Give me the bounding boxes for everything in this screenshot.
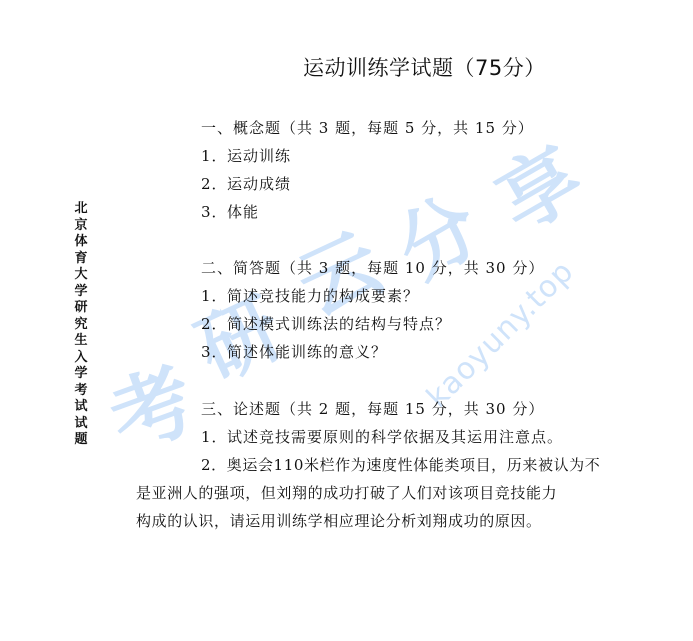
exam-page: 考 研 云 分 享 kaoyuny.top 运动训练学试题（75分） 北京体育大… bbox=[0, 0, 693, 641]
question-continuation: 构成的认识，请运用训练学相应理论分析刘翔成功的原因。 bbox=[136, 510, 542, 531]
question-text: 运动成绩 bbox=[227, 175, 291, 193]
exam-title: 运动训练学试题（75分） bbox=[303, 52, 546, 82]
section-heading: 二、简答题（共 3 题，每题 10 分，共 30 分） bbox=[201, 257, 544, 278]
question-text: 简述模式训练法的结构与特点？ bbox=[227, 315, 451, 333]
question-number: 2． bbox=[201, 456, 227, 474]
question-text: 体能 bbox=[227, 203, 259, 221]
side-label: 北京体育大学研究生入学考试试题 bbox=[73, 201, 89, 449]
question-number: 3． bbox=[201, 341, 227, 362]
section-heading: 三、论述题（共 2 题，每题 15 分，共 30 分） bbox=[201, 398, 544, 419]
section-heading: 一、概念题（共 3 题，每题 5 分，共 15 分） bbox=[201, 117, 534, 138]
question-text: 运动训练 bbox=[227, 147, 291, 165]
question-number: 1． bbox=[201, 285, 227, 306]
question-number: 1． bbox=[201, 145, 227, 166]
question-item: 3．简述体能训练的意义？ bbox=[201, 341, 387, 362]
question-number: 1． bbox=[201, 426, 227, 447]
question-item: 2．运动成绩 bbox=[201, 173, 291, 194]
question-item: 1．试述竞技需要原则的科学依据及其运用注意点。 bbox=[201, 426, 563, 447]
question-number: 3． bbox=[201, 201, 227, 222]
question-text: 简述体能训练的意义？ bbox=[227, 343, 387, 361]
question-text: 奥运会110米栏作为速度性体能类项目，历来被认为不 bbox=[227, 456, 601, 474]
question-item: 3．体能 bbox=[201, 201, 259, 222]
question-text: 试述竞技需要原则的科学依据及其运用注意点。 bbox=[227, 428, 563, 446]
exam-content: 运动训练学试题（75分） 北京体育大学研究生入学考试试题 一、概念题（共 3 题… bbox=[0, 0, 693, 641]
question-item: 2．简述模式训练法的结构与特点？ bbox=[201, 313, 451, 334]
question-item: 1．运动训练 bbox=[201, 145, 291, 166]
question-item: 2．奥运会110米栏作为速度性体能类项目，历来被认为不 bbox=[201, 454, 600, 475]
question-item: 1．简述竞技能力的构成要素？ bbox=[201, 285, 419, 306]
question-continuation: 是亚洲人的强项，但刘翔的成功打破了人们对该项目竞技能力 bbox=[136, 482, 557, 503]
question-number: 2． bbox=[201, 173, 227, 194]
question-text: 简述竞技能力的构成要素？ bbox=[227, 287, 419, 305]
question-number: 2． bbox=[201, 313, 227, 334]
